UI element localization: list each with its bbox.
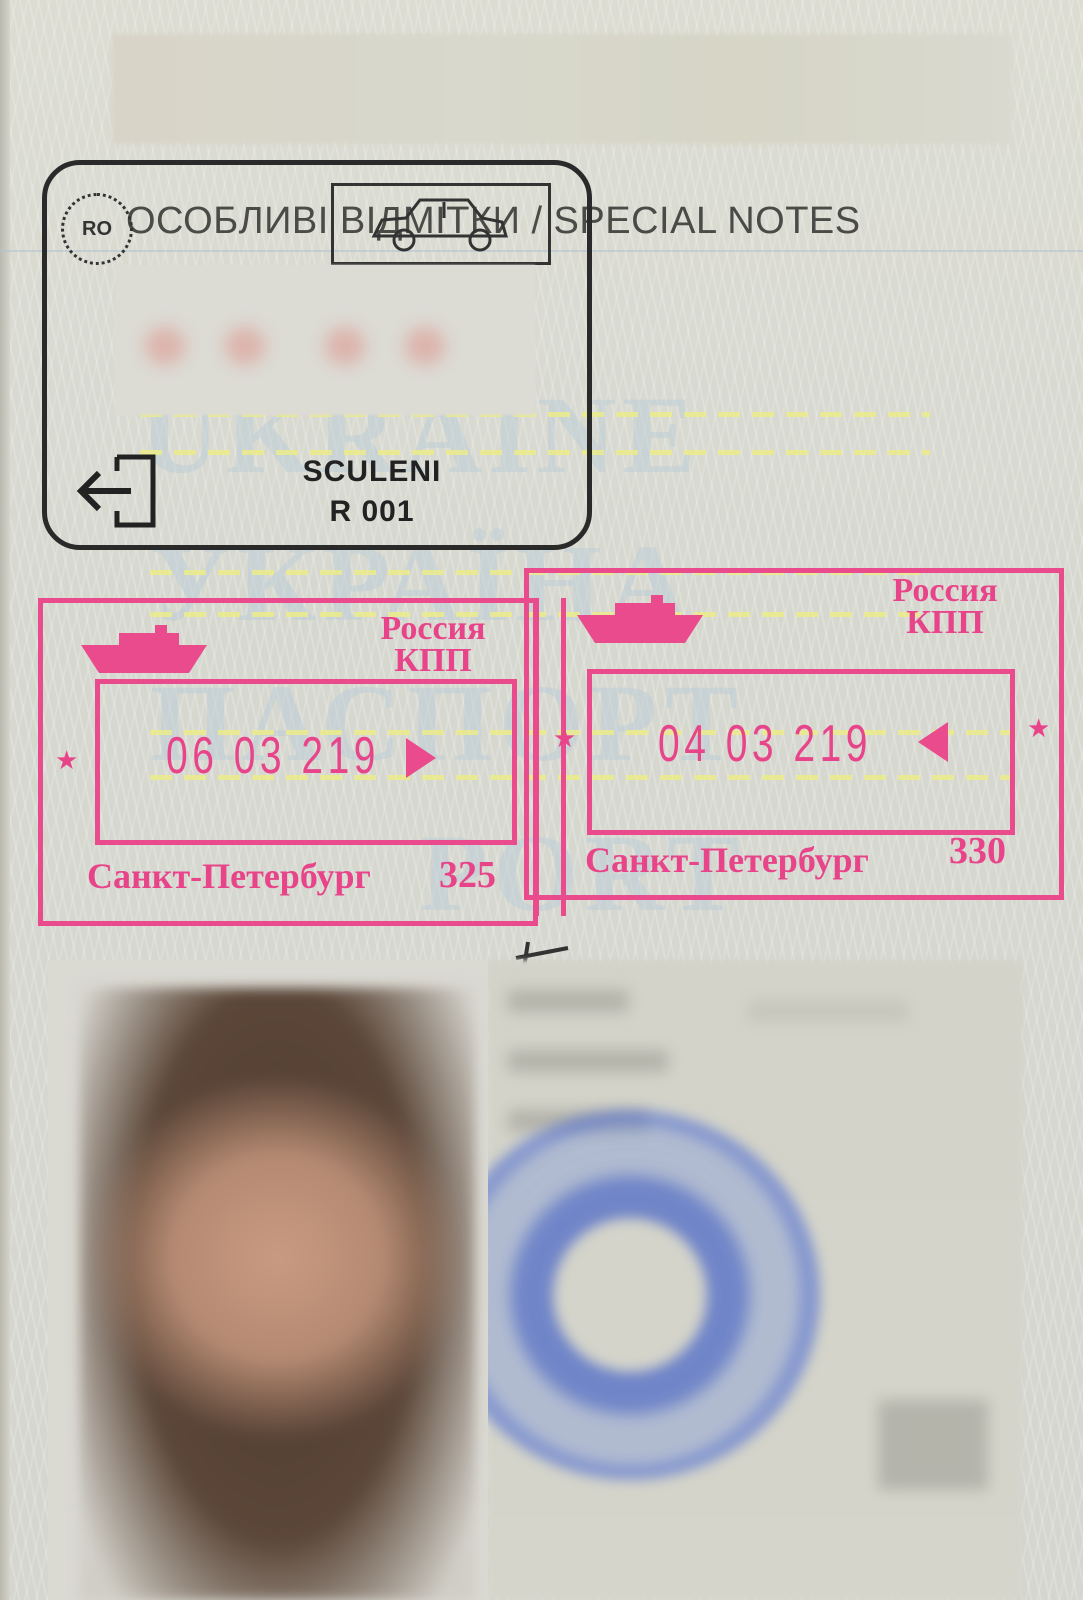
stamp-date: 06 03 219 — [166, 726, 380, 786]
star-icon: ★ — [55, 745, 78, 776]
redacted-header-area — [112, 34, 1012, 144]
ship-icon — [575, 595, 707, 645]
border-crossing-name: SCULENI — [247, 455, 497, 489]
exit-arrow-icon — [918, 722, 948, 762]
exit-arrow-icon — [75, 451, 163, 531]
stamp-number: 330 — [949, 829, 1006, 873]
stamp-city: Санкт-Петербург — [87, 855, 371, 897]
stamp-city: Санкт-Петербург — [585, 839, 869, 881]
redacted-date — [115, 265, 535, 415]
page-binding-edge — [0, 0, 10, 1600]
stamp-checkpoint: КПП — [865, 607, 1025, 639]
country-badge: RO — [61, 193, 133, 265]
date-frame: 06 03 219 — [95, 679, 517, 845]
stamp-country: Россия — [353, 613, 513, 645]
car-icon — [364, 194, 514, 254]
exit-stamp-sculeni: RO SCULENI R 001 — [42, 160, 592, 550]
blue-seal-stamp — [440, 1110, 820, 1480]
russia-entry-stamp: Россия КПП ★ 06 03 219 Санкт-Петербург 3… — [38, 598, 538, 926]
transport-mode-box — [331, 183, 551, 265]
date-frame: 04 03 219 — [587, 669, 1015, 835]
stamp-number: 325 — [439, 853, 496, 897]
stamp-country: Россия — [865, 575, 1025, 607]
border-crossing-code: R 001 — [247, 495, 497, 529]
ship-icon — [79, 625, 211, 675]
star-icon: ★ — [553, 723, 576, 754]
passport-page: UKRAINE УКРАЇНА ПАСПОРТ PORT ОСОБЛИВІ ВІ… — [0, 0, 1083, 1600]
entry-arrow-icon — [406, 738, 436, 778]
star-icon: ★ — [1027, 713, 1050, 744]
holder-photo — [48, 960, 488, 1600]
stamp-checkpoint: КПП — [353, 645, 513, 677]
blurred-portrait — [80, 988, 475, 1600]
russia-exit-stamp: Россия КПП ★ ★ 04 03 219 Санкт-Петербург… — [524, 568, 1064, 900]
stamp-date: 04 03 219 — [658, 714, 872, 774]
